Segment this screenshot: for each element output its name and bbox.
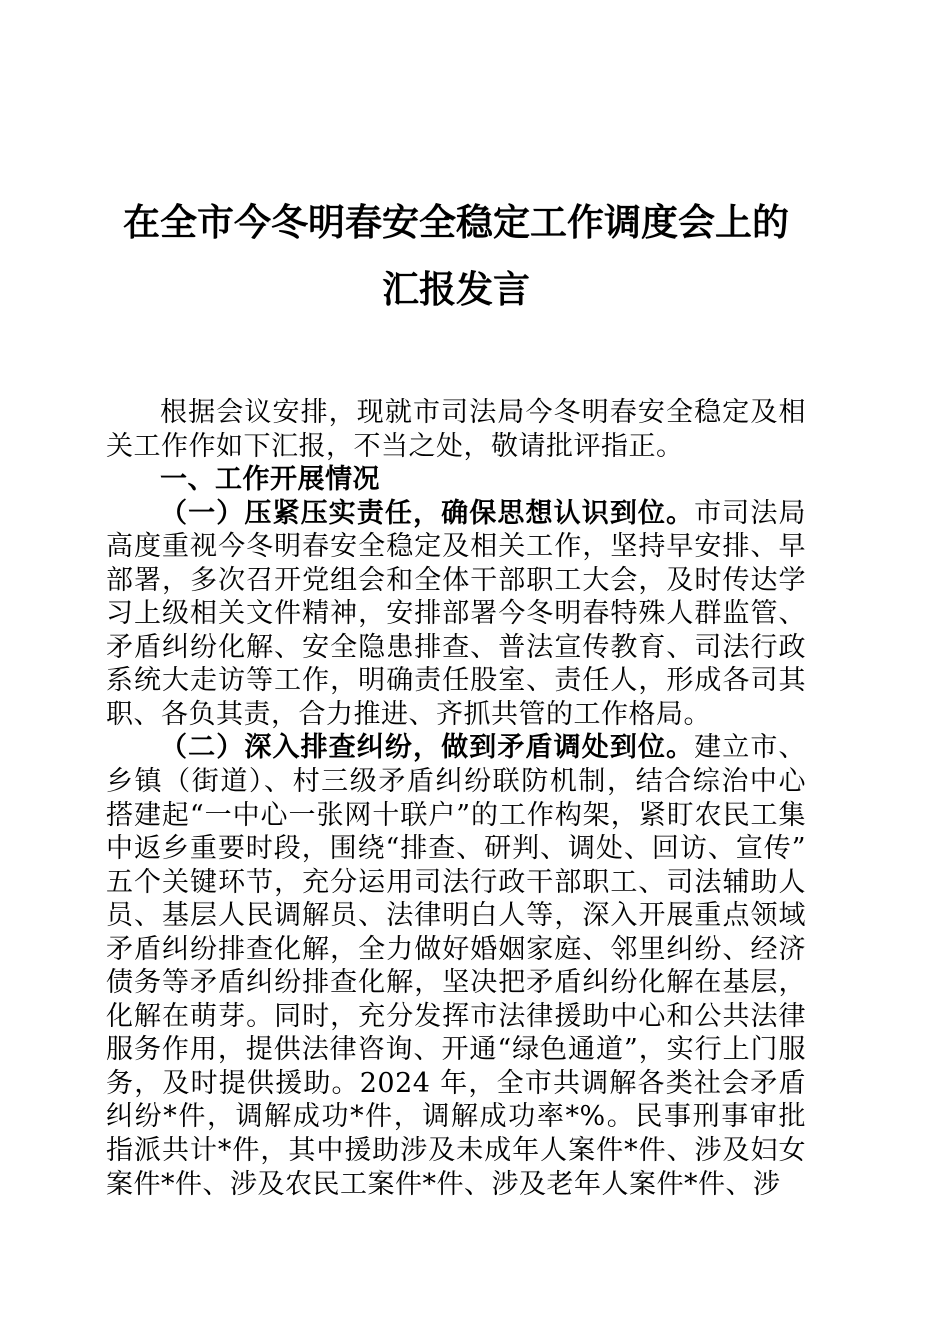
intro-paragraph: 根据会议安排，现就市司法局今冬明春安全稳定及相关工作作如下汇报，不当之处，敬请批… <box>106 396 806 463</box>
subsection-2-paragraph: （二）深入排查纠纷，做到矛盾调处到位。建立市、乡镇（街道）、村三级矛盾纠纷联防机… <box>106 731 806 1201</box>
title-line-1: 在全市今冬明春安全稳定工作调度会上的 <box>106 189 806 256</box>
subsection-1-paragraph: （一）压紧压实责任，确保思想认识到位。市司法局高度重视今冬明春安全稳定及相关工作… <box>106 497 806 732</box>
document-body: 根据会议安排，现就市司法局今冬明春安全稳定及相关工作作如下汇报，不当之处，敬请批… <box>106 396 806 1201</box>
subsection-2-lead: （二）深入排查纠纷，做到矛盾调处到位。 <box>160 732 694 763</box>
section-heading-1: 一、工作开展情况 <box>106 463 806 497</box>
subsection-1-text: 市司法局高度重视今冬明春安全稳定及相关工作，坚持早安排、早部署，多次召开党组会和… <box>106 498 806 730</box>
document-page: 在全市今冬明春安全稳定工作调度会上的 汇报发言 根据会议安排，现就市司法局今冬明… <box>0 0 950 1344</box>
subsection-2-text: 建立市、乡镇（街道）、村三级矛盾纠纷联防机制，结合综治中心搭建起“一中心一张网十… <box>106 732 806 1199</box>
subsection-1-lead: （一）压紧压实责任，确保思想认识到位。 <box>160 498 694 529</box>
document-title: 在全市今冬明春安全稳定工作调度会上的 汇报发言 <box>106 189 806 323</box>
title-line-2: 汇报发言 <box>106 256 806 323</box>
